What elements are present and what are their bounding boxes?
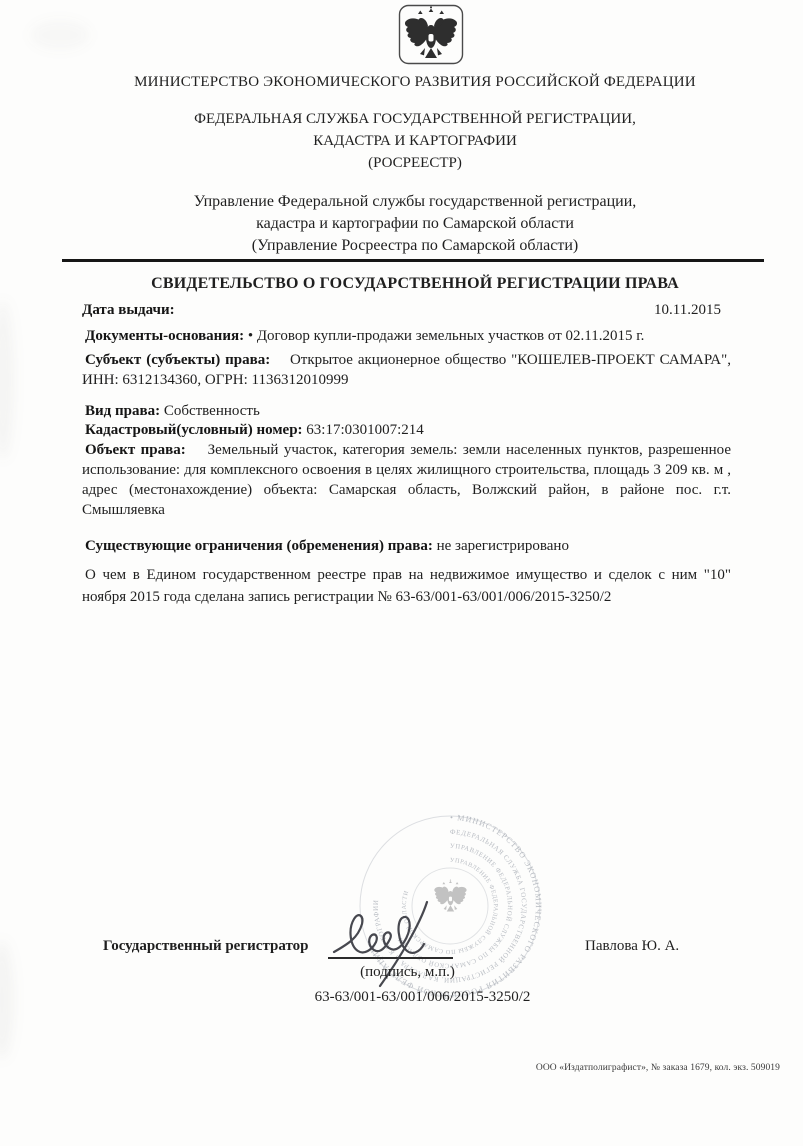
subject-label: Субъект (субъекты) права: [85,352,270,368]
object-label: Объект права: [85,442,186,458]
restrictions-paragraph: Существующие ограничения (обременения) п… [82,536,731,556]
service-line-3: (РОСРЕЕСТР) [60,152,770,174]
cadastral-label: Кадастровый(условный) номер: [85,422,303,438]
right-type-value: Собственность [164,403,260,419]
basis-value: • Договор купли-продажи земельных участк… [248,328,645,344]
issue-date-row: Дата выдачи: 10.11.2015 [82,300,731,320]
scan-artifact [0,940,14,1060]
subject-paragraph: Субъект (субъекты) права: Открытое акцио… [82,350,731,390]
department-name: Управление Федеральной службы государств… [60,191,770,257]
restrictions-label: Существующие ограничения (обременения) п… [85,538,433,554]
ministry-line: МИНИСТЕРСТВО ЭКОНОМИЧЕСКОГО РАЗВИТИЯ РОС… [60,74,770,91]
letterhead: МИНИСТЕРСТВО ЭКОНОМИЧЕСКОГО РАЗВИТИЯ РОС… [60,74,770,257]
right-type-label: Вид права: [85,403,160,419]
certificate-document: МИНИСТЕРСТВО ЭКОНОМИЧЕСКОГО РАЗВИТИЯ РОС… [0,0,803,1146]
department-line-2: кадастра и картографии по Самарской обла… [60,213,770,235]
registration-number: 63-63/001-63/001/006/2015-3250/2 [290,989,555,1006]
registrar-label: Государственный регистратор [103,938,308,955]
basis-paragraph: Документы-основания: • Договор купли-про… [82,326,731,346]
scan-artifact [0,300,14,460]
basis-label: Документы-основания: [85,328,244,344]
horizontal-rule [62,259,764,262]
restrictions-value: не зарегистрировано [437,538,569,554]
service-name: ФЕДЕРАЛЬНАЯ СЛУЖБА ГОСУДАРСТВЕННОЙ РЕГИС… [60,108,770,174]
service-line-2: КАДАСТРА И КАРТОГРАФИИ [60,130,770,152]
issue-date-value: 10.11.2015 [654,300,721,320]
document-body: Дата выдачи: 10.11.2015 Документы-основа… [82,298,731,608]
service-line-1: ФЕДЕРАЛЬНАЯ СЛУЖБА ГОСУДАРСТВЕННОЙ РЕГИС… [60,108,770,130]
document-title: СВИДЕТЕЛЬСТВО О ГОСУДАРСТВЕННОЙ РЕГИСТРА… [60,275,770,293]
scan-artifact [30,20,90,50]
signature-caption: (подпись, м.п.) [330,964,485,981]
cadastral-value: 63:17:0301007:214 [306,422,424,438]
department-line-1: Управление Федеральной службы государств… [60,191,770,213]
object-paragraph: Объект права: Земельный участок, категор… [82,440,731,520]
registrar-name: Павлова Ю. А. [585,938,679,955]
registry-note-paragraph: О чем в Едином государственном реестре п… [82,564,731,608]
print-shop-footer: ООО «Издатполиграфист», № заказа 1679, к… [536,1063,780,1073]
department-line-3: (Управление Росреестра по Самарской обла… [60,235,770,257]
issue-date-label: Дата выдачи: [82,300,175,320]
cadastral-paragraph: Кадастровый(условный) номер: 63:17:03010… [82,421,731,440]
coat-of-arms-icon [398,4,464,65]
right-type-paragraph: Вид права: Собственность [82,402,731,421]
